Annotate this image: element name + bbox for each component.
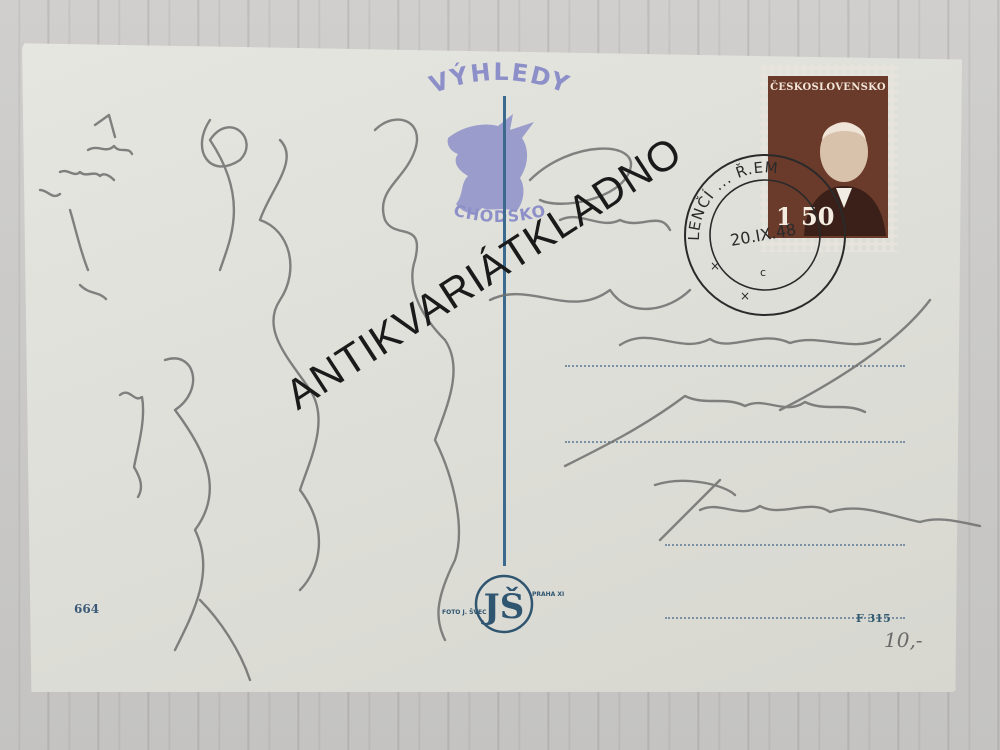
publisher-stamp-arc: VÝHLEDY <box>400 50 600 110</box>
svg-text:PRAHA XI: PRAHA XI <box>532 591 564 598</box>
postmark-cancellation: LENČÍ ... Ř.EM 20.IX.48 c × × <box>680 150 850 320</box>
svg-text:20.IX.48: 20.IX.48 <box>729 220 798 250</box>
postage-stamp-country: ČESKOSLOVENSKO <box>768 82 888 93</box>
pencil-price: 10,- <box>884 628 923 652</box>
address-line-2 <box>565 441 905 443</box>
address-line-1 <box>565 365 905 367</box>
svg-text:×: × <box>740 289 750 303</box>
svg-text:FOTO J. ŠVEC: FOTO J. ŠVEC <box>442 609 487 616</box>
svg-text:c: c <box>760 266 766 279</box>
publisher-logo: JŠ FOTO J. ŠVEC PRAHA XI <box>440 568 564 640</box>
card-serial: F 315 <box>856 612 891 625</box>
svg-text:×: × <box>710 259 720 273</box>
card-number: 664 <box>74 602 99 616</box>
svg-text:VÝHLEDY: VÝHLEDY <box>426 58 574 99</box>
address-line-3 <box>665 544 905 546</box>
address-divider-line <box>503 96 506 566</box>
svg-text:JŠ: JŠ <box>481 586 525 627</box>
